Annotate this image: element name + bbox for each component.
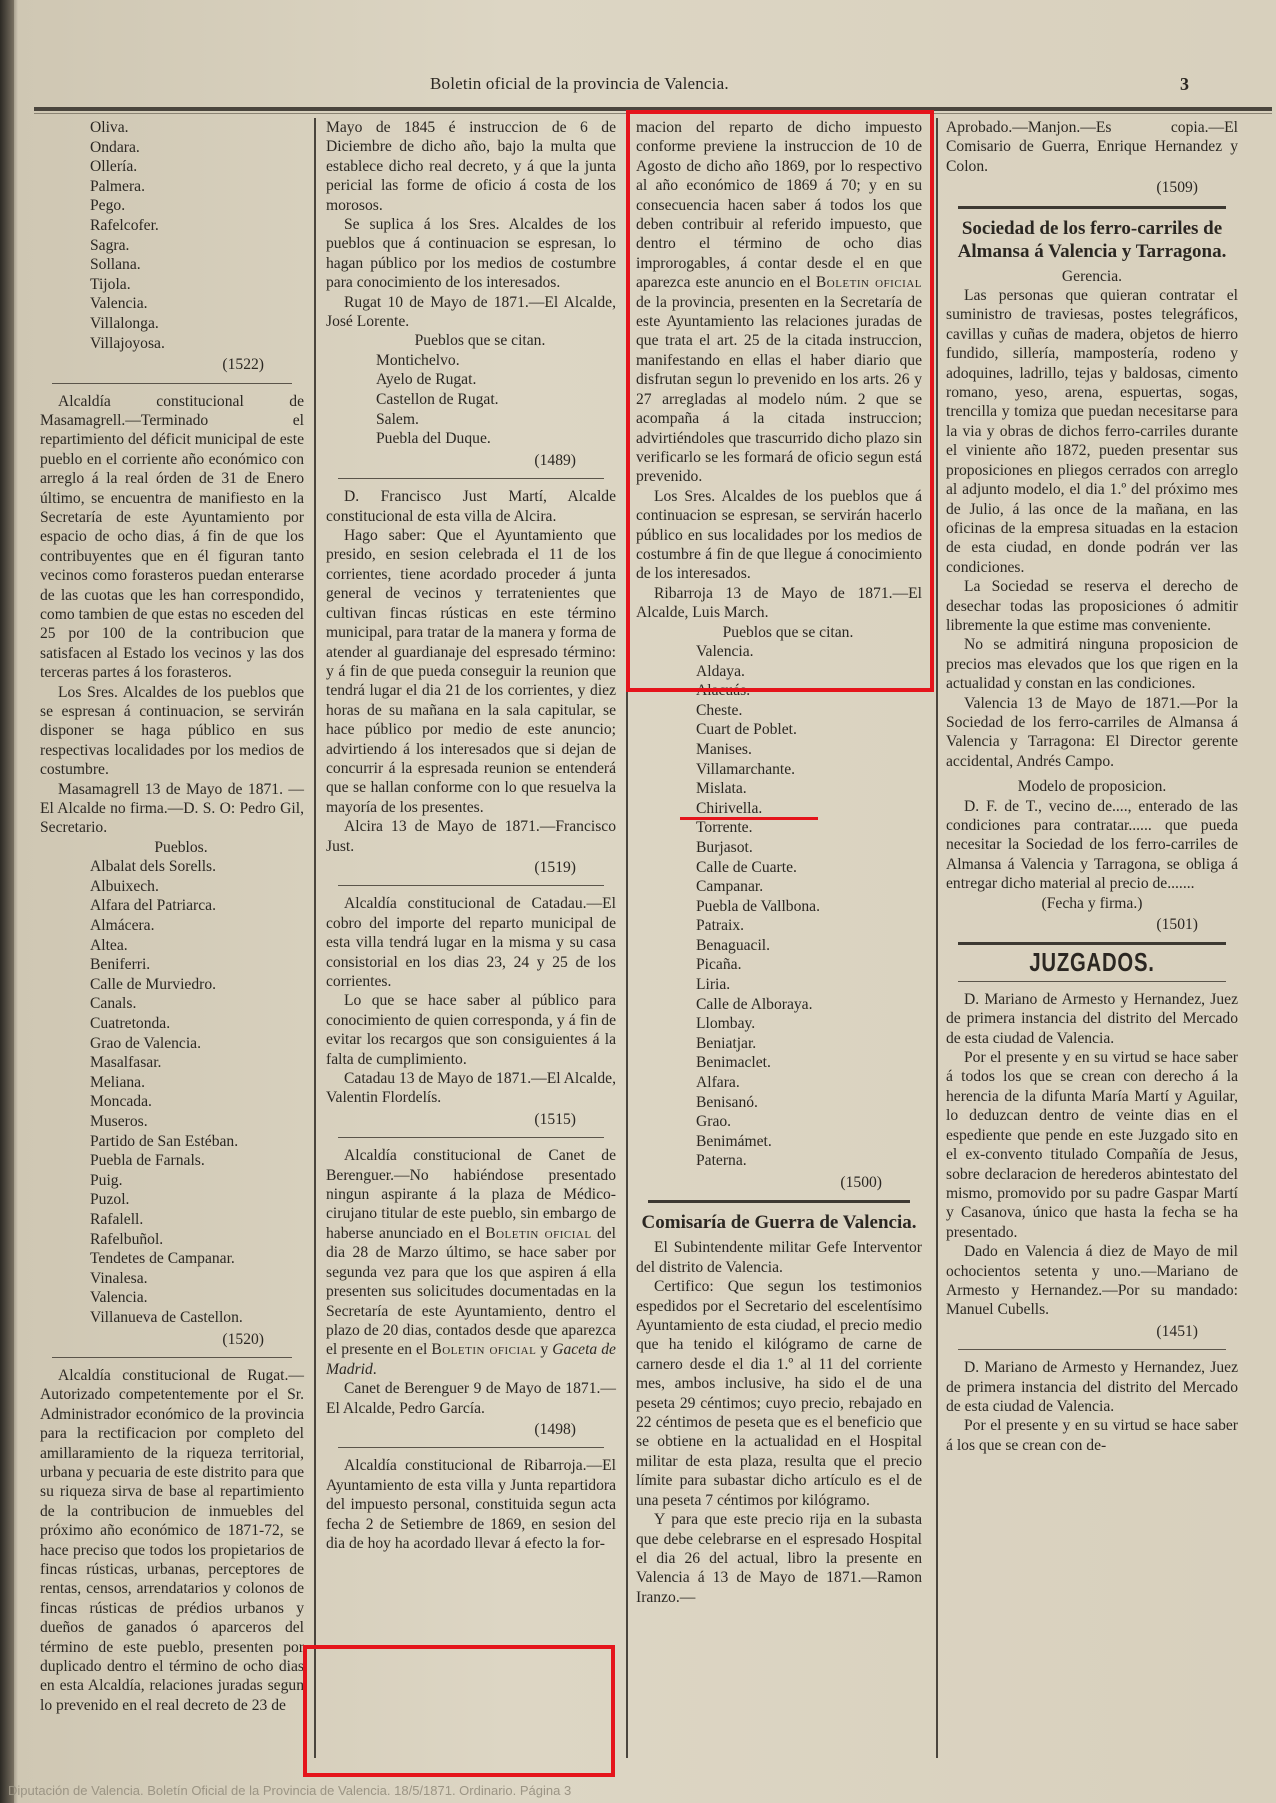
town-list-item: Masalfasar. bbox=[40, 1053, 304, 1073]
town-list-item: Grao. bbox=[636, 1112, 922, 1132]
reference-number: (1509) bbox=[946, 178, 1238, 197]
column-divider bbox=[936, 118, 938, 1758]
town-list: Valencia.Aldaya.Alacuás.Cheste.Cuart de … bbox=[636, 642, 922, 1171]
reference-number: (1451) bbox=[946, 1322, 1238, 1341]
page-footer: Diputación de Valencia. Boletín Oficial … bbox=[8, 1783, 571, 1798]
notice-paragraph: La Sociedad se reserva el derecho de des… bbox=[946, 577, 1238, 635]
town-list-item: Benaguacil. bbox=[636, 936, 922, 956]
notice-canet: Alcaldía constitucional de Canet de Bere… bbox=[326, 1146, 616, 1379]
town-list-item: Liria. bbox=[636, 975, 922, 995]
reference-number: (1489) bbox=[326, 451, 616, 470]
notice-paragraph: D. Mariano de Armesto y Hernandez, Juez … bbox=[946, 990, 1238, 1048]
boletin-reference: Boletin oficial bbox=[431, 1341, 536, 1358]
town-list-item: Valencia. bbox=[40, 1288, 304, 1308]
town-list-item: Meliana. bbox=[40, 1073, 304, 1093]
town-list-item: Puebla del Duque. bbox=[326, 429, 616, 449]
town-list-item: Cuart de Poblet. bbox=[636, 720, 922, 740]
town-list-item: Ayelo de Rugat. bbox=[326, 370, 616, 390]
town-list: Montichelvo.Ayelo de Rugat.Castellon de … bbox=[326, 351, 616, 449]
reference-number: (1501) bbox=[946, 915, 1238, 934]
notice-paragraph: Las personas que quieran contratar el su… bbox=[946, 286, 1238, 577]
town-list: Oliva.Ondara.Ollería.Palmera.Pego.Rafelc… bbox=[40, 118, 304, 353]
notice-paragraph: Los Sres. Alcaldes de los pueblos que se… bbox=[40, 683, 304, 780]
notice-signature: Alcira 13 de Mayo de 1871.—Francisco Jus… bbox=[326, 817, 616, 856]
notice-signature: Catadau 13 de Mayo de 1871.—El Alcalde, … bbox=[326, 1069, 616, 1108]
town-list-item: Benisanó. bbox=[636, 1093, 922, 1113]
separator bbox=[338, 478, 604, 479]
date-signature-line: (Fecha y firma.) bbox=[946, 894, 1238, 913]
town-list-item: Tendetes de Campanar. bbox=[40, 1249, 304, 1269]
town-list-item: Albuixech. bbox=[40, 877, 304, 897]
notice-catadau: Alcaldía constitucional de Catadau.—El c… bbox=[326, 894, 616, 991]
town-list-item: Sollana. bbox=[40, 255, 304, 275]
town-list-item: Pego. bbox=[40, 196, 304, 216]
town-list-item: Palmera. bbox=[40, 177, 304, 197]
town-list-item: Villajoyosa. bbox=[40, 334, 304, 354]
town-list-item: Vinalesa. bbox=[40, 1269, 304, 1289]
column-2: Mayo de 1845 é instruccion de 6 de Dicie… bbox=[326, 118, 616, 1553]
town-list-item: Calle de Murviedro. bbox=[40, 975, 304, 995]
town-list-item: Cuatretonda. bbox=[40, 1014, 304, 1034]
towns-heading: Pueblos. bbox=[40, 838, 304, 857]
notice-signature: Dado en Valencia á diez de Mayo de mil o… bbox=[946, 1242, 1238, 1320]
column-4: Aprobado.—Manjon.—Es copia.—El Comisario… bbox=[946, 118, 1238, 1455]
reference-number: (1500) bbox=[636, 1173, 922, 1192]
separator bbox=[958, 942, 1226, 945]
separator bbox=[338, 1137, 604, 1138]
highlight-box-ribarroja-continuation bbox=[626, 110, 934, 692]
town-list-item: Villamarchante. bbox=[636, 760, 922, 780]
town-list-item: Salem. bbox=[326, 410, 616, 430]
town-list-item: Mislata. bbox=[636, 779, 922, 799]
notice-paragraph: Por el presente y en su virtud se hace s… bbox=[946, 1416, 1238, 1455]
column-divider bbox=[314, 118, 316, 1758]
text-run: . bbox=[373, 1361, 377, 1378]
town-list-item: Villanueva de Castellon. bbox=[40, 1308, 304, 1328]
town-list-item: Burjasot. bbox=[636, 838, 922, 858]
town-list-item: Rafelbuñol. bbox=[40, 1230, 304, 1250]
notice-paragraph: Hago saber: Que el Ayuntamiento que pres… bbox=[326, 526, 616, 817]
notice-signature: Masamagrell 13 de Mayo de 1871. —El Alca… bbox=[40, 780, 304, 838]
town-list-item: Picaña. bbox=[636, 955, 922, 975]
text-run: del dia 28 de Marzo último, se hace sabe… bbox=[326, 1225, 616, 1358]
town-list-item: Villalonga. bbox=[40, 314, 304, 334]
town-list-item: Albalat dels Sorells. bbox=[40, 857, 304, 877]
separator bbox=[52, 1357, 292, 1358]
town-list-item: Benimaclet. bbox=[636, 1053, 922, 1073]
town-list-item: Paterna. bbox=[636, 1151, 922, 1171]
reference-number: (1519) bbox=[326, 858, 616, 877]
town-list-item: Beniferri. bbox=[40, 955, 304, 975]
town-list-item: Manises. bbox=[636, 740, 922, 760]
town-list-item: Alfara del Patriarca. bbox=[40, 896, 304, 916]
reference-number: (1520) bbox=[40, 1330, 304, 1349]
notice-paragraph: Mayo de 1845 é instruccion de 6 de Dicie… bbox=[326, 118, 616, 215]
running-title: Boletin oficial de la provincia de Valen… bbox=[430, 74, 729, 94]
model-text: D. F. de T., vecino de...., enterado de … bbox=[946, 797, 1238, 894]
town-list-item: Museros. bbox=[40, 1112, 304, 1132]
separator bbox=[958, 1349, 1226, 1350]
town-list-item: Tijola. bbox=[40, 275, 304, 295]
town-list-item: Ollería. bbox=[40, 157, 304, 177]
separator bbox=[648, 1200, 910, 1203]
town-list-item: Torrente. bbox=[636, 818, 922, 838]
text-run: y bbox=[536, 1341, 552, 1358]
town-list-item: Chirivella. bbox=[636, 799, 922, 819]
column-1: Oliva.Ondara.Ollería.Palmera.Pego.Rafelc… bbox=[40, 118, 304, 1715]
town-list-item: Puig. bbox=[40, 1171, 304, 1191]
reference-number: (1522) bbox=[40, 355, 304, 374]
town-list-item: Benimámet. bbox=[636, 1132, 922, 1152]
notice-masamagrell: Alcaldía constitucional de Masamagrell.—… bbox=[40, 392, 304, 683]
book-spine-shadow bbox=[0, 0, 14, 1803]
towns-heading: Pueblos que se citan. bbox=[326, 331, 616, 350]
town-list-item: Puzol. bbox=[40, 1190, 304, 1210]
notice-paragraph: Y para que este precio rija en la subast… bbox=[636, 1510, 922, 1607]
town-list-item: Rafelcofer. bbox=[40, 216, 304, 236]
town-list-item: Puebla de Farnals. bbox=[40, 1151, 304, 1171]
notice-rugat: Alcaldía constitucional de Rugat.—Autori… bbox=[40, 1366, 304, 1715]
town-list-item: Beniatjar. bbox=[636, 1034, 922, 1054]
town-list-item: Canals. bbox=[40, 994, 304, 1014]
town-list-item: Campanar. bbox=[636, 877, 922, 897]
notice-paragraph: Aprobado.—Manjon.—Es copia.—El Comisario… bbox=[946, 118, 1238, 176]
reference-number: (1515) bbox=[326, 1110, 616, 1129]
town-list-item: Cheste. bbox=[636, 701, 922, 721]
town-list-item: Calle de Alboraya. bbox=[636, 995, 922, 1015]
separator bbox=[338, 1447, 604, 1448]
notice-alcira: D. Francisco Just Martí, Alcalde constit… bbox=[326, 487, 616, 526]
town-list-item: Alfara. bbox=[636, 1073, 922, 1093]
notice-signature: Canet de Berenguer 9 de Mayo de 1871.—El… bbox=[326, 1379, 616, 1418]
boletin-reference: Boletin oficial bbox=[485, 1225, 591, 1242]
highlight-box-ribarroja-start bbox=[303, 1645, 615, 1777]
town-list-item: Llombay. bbox=[636, 1014, 922, 1034]
notice-paragraph: D. Mariano de Armesto y Hernandez, Juez … bbox=[946, 1358, 1238, 1416]
notice-paragraph: Lo que se hace saber al público para con… bbox=[326, 991, 616, 1069]
town-list-item: Castellon de Rugat. bbox=[326, 390, 616, 410]
separator bbox=[338, 885, 604, 886]
notice-paragraph: El Subintendente militar Gefe Intervento… bbox=[636, 1238, 922, 1277]
notice-paragraph: Certifico: Que segun los testimonios esp… bbox=[636, 1277, 922, 1510]
separator bbox=[958, 981, 1226, 982]
notice-paragraph: No se admitirá ninguna proposicion de pr… bbox=[946, 635, 1238, 693]
section-title-juzgados: JUZGADOS. bbox=[978, 953, 1206, 972]
town-list-item: Partido de San Estéban. bbox=[40, 1132, 304, 1152]
town-list-item: Calle de Cuarte. bbox=[636, 858, 922, 878]
town-list-item: Altea. bbox=[40, 936, 304, 956]
reference-number: (1498) bbox=[326, 1420, 616, 1439]
town-list-item: Sagra. bbox=[40, 236, 304, 256]
town-list-item: Patraix. bbox=[636, 916, 922, 936]
separator bbox=[52, 383, 292, 384]
notice-signature: Rugat 10 de Mayo de 1871.—El Alcalde, Jo… bbox=[326, 293, 616, 332]
town-list-item: Oliva. bbox=[40, 118, 304, 138]
section-subtitle: Gerencia. bbox=[946, 267, 1238, 286]
section-title-comisaria: Comisaría de Guerra de Valencia. bbox=[636, 1211, 922, 1234]
section-title-ferrocarriles: Sociedad de los ferro-carriles de Almans… bbox=[946, 217, 1238, 263]
page-number: 3 bbox=[1180, 74, 1189, 95]
notice-ribarroja-start: Alcaldía constitucional de Ribarroja.—El… bbox=[326, 1456, 616, 1553]
model-heading: Modelo de proposicion. bbox=[946, 777, 1238, 796]
notice-signature: Valencia 13 de Mayo de 1871.—Por la Soci… bbox=[946, 694, 1238, 772]
town-list-item: Rafalell. bbox=[40, 1210, 304, 1230]
town-list: Albalat dels Sorells.Albuixech.Alfara de… bbox=[40, 857, 304, 1327]
town-list-item: Valencia. bbox=[40, 294, 304, 314]
town-list-item: Almácera. bbox=[40, 916, 304, 936]
town-list-item: Montichelvo. bbox=[326, 351, 616, 371]
separator bbox=[958, 206, 1226, 209]
notice-paragraph: Por el presente y en su virtud se hace s… bbox=[946, 1048, 1238, 1242]
notice-paragraph: Se suplica á los Sres. Alcaldes de los p… bbox=[326, 215, 616, 293]
town-list-item: Moncada. bbox=[40, 1092, 304, 1112]
town-list-item: Grao de Valencia. bbox=[40, 1034, 304, 1054]
town-list-item: Puebla de Vallbona. bbox=[636, 897, 922, 917]
newspaper-page: Boletin oficial de la provincia de Valen… bbox=[0, 0, 1276, 1803]
underline-cuart-de-poblet bbox=[680, 817, 818, 820]
town-list-item: Ondara. bbox=[40, 138, 304, 158]
